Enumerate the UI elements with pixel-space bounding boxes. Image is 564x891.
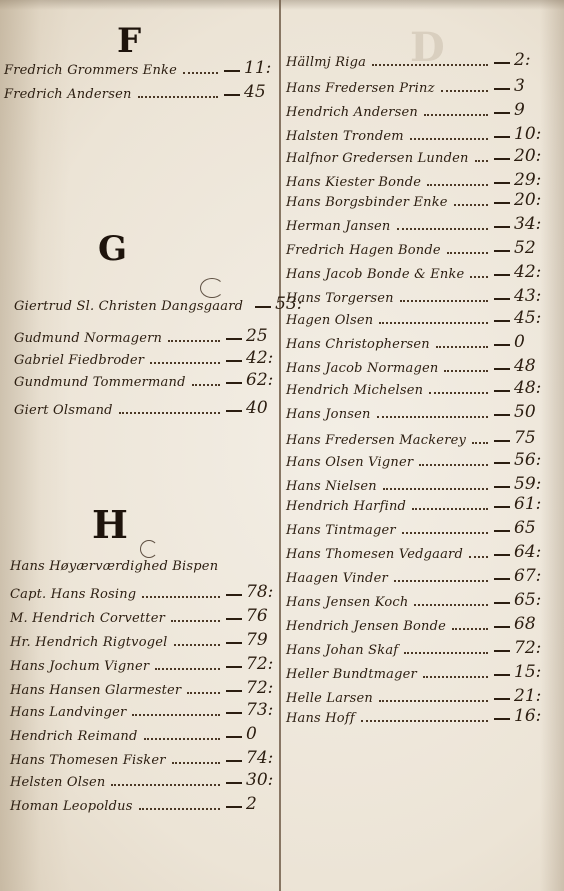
index-entry: Fredrich Grommers Enke 11: (4, 56, 274, 78)
index-entry: Hendrich Reimand 0 (10, 722, 276, 744)
index-entry: Hans Jacob Normagen 48 (286, 354, 544, 376)
index-entry: Hans Landvinger 73: (10, 698, 276, 720)
index-entry: Hans Johan Skaf 72: (286, 636, 544, 658)
index-entry: Hans Fredersen Prinz 3 (286, 74, 544, 96)
index-entry: Hendrich Andersen 9 (286, 98, 544, 120)
index-entry: Fredrich Andersen 45 (4, 80, 274, 102)
section-letter-h: H (92, 506, 128, 544)
index-entry: Hans Hansen Glarmester 72: (10, 676, 276, 698)
index-entry: Hans Kiester Bonde 29: (286, 168, 544, 190)
index-entry: Hans Christophersen 0 (286, 330, 544, 352)
index-entry: Giert Olsmand 40 (14, 396, 276, 418)
index-entry-heading: Hans Høyærværdighed Bispen (10, 552, 220, 574)
index-entry: Helsten Olsen 30: (10, 768, 276, 790)
index-entry: M. Hendrich Corvetter 76 (10, 604, 276, 626)
index-entry: Hällmj Riga 2: (286, 48, 544, 70)
index-entry: Hans Jochum Vigner 72: (10, 652, 276, 674)
section-letter-f: F (117, 24, 141, 58)
index-entry: Giertrud Sl. Christen Dangsgaard 53: (14, 292, 276, 314)
index-entry: Hr. Hendrich Rigtvogel 79 (10, 628, 276, 650)
index-entry: Helle Larsen 21: (286, 684, 544, 706)
index-entry: Hans Nielsen 59: (286, 472, 544, 494)
index-entry: Hans Borgsbinder Enke 20: (286, 188, 544, 210)
index-entry: Capt. Hans Rosing 78: (10, 580, 276, 602)
index-entry: Haagen Vinder 67: (286, 564, 544, 586)
index-entry: Halsten Trondem 10: (286, 122, 544, 144)
index-entry: Herman Jansen 34: (286, 212, 544, 234)
index-entry: Hendrich Harfind 61: (286, 492, 544, 514)
index-entry: Hans Jacob Bonde & Enke 42: (286, 260, 544, 282)
index-entry: Hans Tintmager 65 (286, 516, 544, 538)
index-entry: Hans Torgersen 43: (286, 284, 544, 306)
index-entry: Hagen Olsen 45: (286, 306, 544, 328)
index-entry: Hans Jensen Koch 65: (286, 588, 544, 610)
index-entry: Hans Jonsen 50 (286, 400, 544, 422)
index-entry: Heller Bundtmager 15: (286, 660, 544, 682)
column-divider-rule (279, 0, 281, 891)
index-entry: Halfnor Gredersen Lunden 20: (286, 144, 544, 166)
index-entry: Fredrich Hagen Bonde 52 (286, 236, 544, 258)
index-entry: Gudmund Normagern 25 (14, 324, 276, 346)
index-entry: Hans Thomesen Fisker 74: (10, 746, 276, 768)
index-entry: Hans Olsen Vigner 56: (286, 448, 544, 470)
index-entry: Hendrich Jensen Bonde 68 (286, 612, 544, 634)
section-letter-g: G (98, 232, 127, 266)
index-entry: Gabriel Fiedbroder 42: (14, 346, 276, 368)
index-entry: Gundmund Tommermand 62: (14, 368, 276, 390)
index-entry: Hans Hoff 16: (286, 704, 544, 726)
index-entry: Hendrich Michelsen 48: (286, 376, 544, 398)
ledger-page: D F Fredrich Grommers Enke 11: Fredrich … (0, 0, 564, 891)
index-entry: Hans Fredersen Mackerey 75 (286, 426, 544, 448)
index-entry: Hans Thomesen Vedgaard 64: (286, 540, 544, 562)
index-entry: Homan Leopoldus 2 (10, 792, 276, 814)
